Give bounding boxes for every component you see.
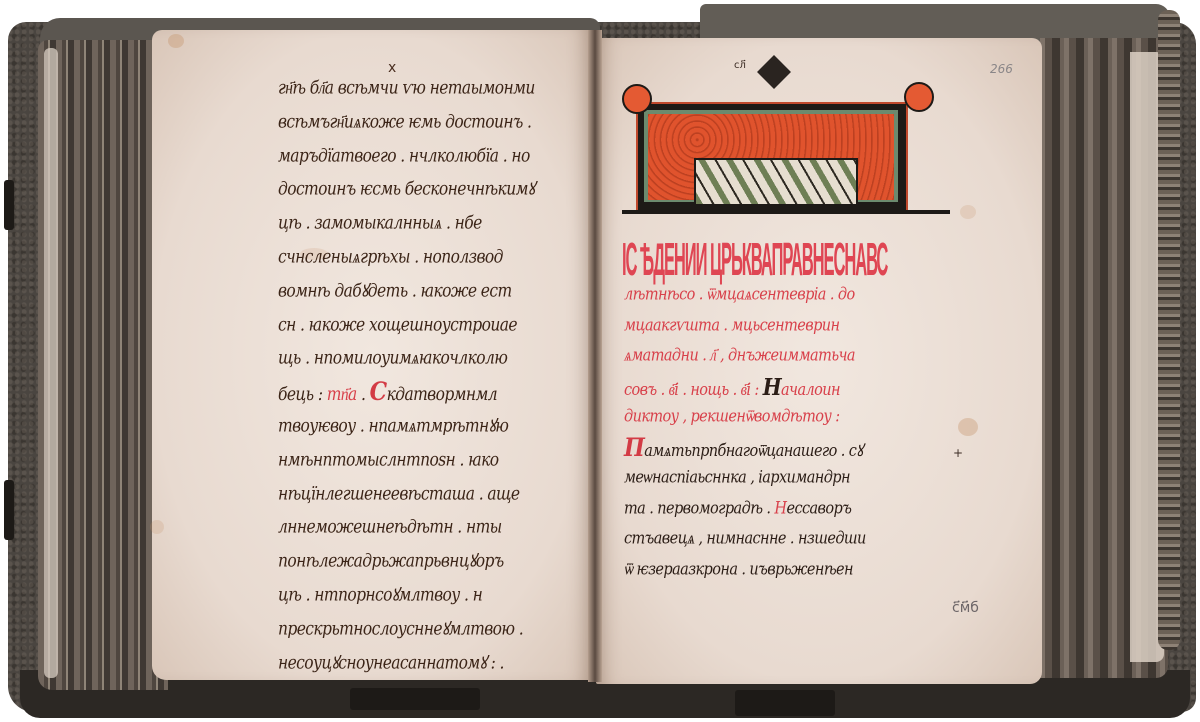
- right-page-text: лѣтнѣсо . ѿмцаѧсентевріа . до мцаакгѵшта…: [624, 280, 954, 585]
- text-fragment: ессаворъ: [786, 499, 851, 517]
- stain: [168, 34, 184, 48]
- text-fragment: та . первомоградѣ .: [624, 499, 770, 517]
- headpiece-baseline: [622, 210, 950, 214]
- red-initial: Н: [774, 499, 786, 517]
- text-line: вомнѣ дабꙋдеть . ꙗкоже ест: [278, 272, 578, 311]
- text-line: прескрьтнослоусннеꙋмлтвою .: [278, 610, 578, 649]
- red-rubric: тп҃а: [327, 384, 357, 405]
- headpiece-finial-right: [904, 82, 934, 112]
- red-initial: П: [624, 433, 644, 463]
- red-text: совъ . в҃і . нощь . в҃і :: [624, 381, 759, 399]
- stain: [150, 520, 164, 534]
- text-line: цѣ . нтпорнсоꙋмлтвоу . н: [278, 576, 578, 615]
- left-page-text: х гн҃ѣ бл҃а всѣмчи ѵю нетаымонми всѣмъгн…: [278, 72, 578, 680]
- red-text-line: диктоу , рекшенѿвомдѣтоу :: [624, 400, 954, 435]
- cross-mark-icon: +: [953, 446, 963, 460]
- text-line: несоуцꙋсноунеасаннатомꙋ : .: [278, 644, 578, 683]
- leaf-edge-left: [44, 48, 58, 678]
- headpiece-finial-left: [622, 84, 652, 114]
- clasp-left-upper: [4, 180, 14, 230]
- text-line: всѣмъгн҃иѧкоже ѥмь достоинъ .: [278, 103, 578, 142]
- folio-number: 266: [990, 62, 1013, 76]
- headpiece-interlace-panel: [694, 158, 858, 206]
- text-line: меѡнаспіаьсннка , іархимандрн: [624, 461, 954, 496]
- clasp-left-lower: [4, 480, 14, 540]
- black-initial: Н: [763, 373, 781, 401]
- text-line: ѿ ѥзераазкрона . иъврьженѣен: [624, 552, 954, 587]
- ornamental-headpiece: сл҃: [622, 90, 922, 216]
- stain: [958, 418, 978, 436]
- text-fragment: бець :: [278, 384, 322, 405]
- finial-note: сл҃: [734, 60, 746, 71]
- text-fragment: амѧтьпрпбнагоѿцанашего . сꙋ: [644, 442, 862, 460]
- red-text: ачалоин: [781, 381, 840, 399]
- red-initial: С: [370, 377, 387, 407]
- red-text-line: ѧматадни . л҃ , днъжеимматьча: [624, 339, 954, 374]
- gutter: [588, 30, 602, 682]
- text-line: нмѣнптомыслнтпоѕн . ꙗко: [278, 441, 578, 480]
- frayed-textile-edge: [1158, 10, 1180, 650]
- vyaz-title: ІС ѢДЕНИИ ЦРЬКВАПРАВНЕСНАВС: [622, 235, 734, 283]
- quire-signature: с҃м҃б: [952, 600, 979, 616]
- text-fragment: кдатвормнмл: [387, 384, 497, 405]
- clasp-bottom-left: [350, 688, 480, 710]
- stain: [960, 205, 976, 219]
- clasp-bottom-right: [735, 690, 835, 716]
- red-text-line: лѣтнѣсо . ѿмцаѧсентевріа . до: [624, 278, 954, 313]
- text-line: стъавецѧ , нимнаснне . нзшедши: [624, 522, 954, 557]
